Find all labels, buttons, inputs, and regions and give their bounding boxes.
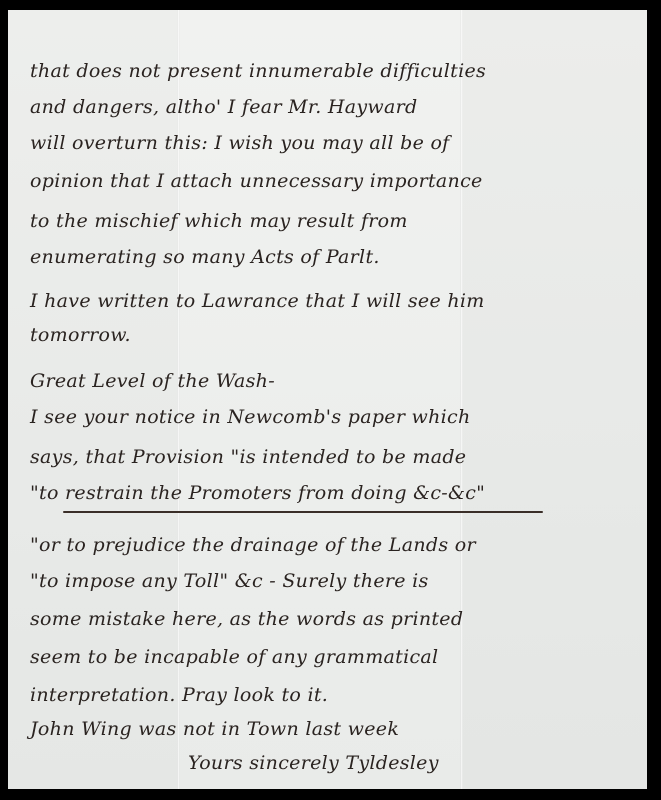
- underline-stroke: [63, 511, 543, 513]
- letter-line: "to restrain the Promoters from doing &c…: [30, 482, 635, 504]
- letter-line: "to impose any Toll" &c - Surely there i…: [30, 570, 635, 592]
- letter-line: to the mischief which may result from: [30, 210, 635, 232]
- letter-line: I see your notice in Newcomb's paper whi…: [30, 406, 635, 428]
- paper-panel-left: [8, 10, 177, 789]
- letter-line: opinion that I attach unnecessary import…: [30, 170, 635, 192]
- letter-line: John Wing was not in Town last week: [30, 718, 635, 740]
- fold-line: [177, 10, 180, 789]
- letter-line: tomorrow.: [30, 324, 635, 346]
- letter-line: I have written to Lawrance that I will s…: [30, 290, 635, 312]
- letter-line: will overturn this: I wish you may all b…: [30, 132, 635, 154]
- letter-line: interpretation. Pray look to it.: [30, 684, 635, 706]
- letter-line: that does not present innumerable diffic…: [30, 60, 635, 82]
- letter-line: "or to prejudice the drainage of the Lan…: [30, 534, 635, 556]
- letter-line: and dangers, altho' I fear Mr. Hayward: [30, 96, 635, 118]
- letter-line: some mistake here, as the words as print…: [30, 608, 635, 630]
- letter-line: seem to be incapable of any grammatical: [30, 646, 635, 668]
- letter-signature: Yours sincerely Tyldesley: [188, 752, 635, 774]
- letter-line: says, that Provision "is intended to be …: [30, 446, 635, 468]
- paper-panel-right: [463, 10, 647, 789]
- letter-line: enumerating so many Acts of Parlt.: [30, 246, 635, 268]
- fold-line: [460, 10, 463, 789]
- letter-page: that does not present innumerable diffic…: [8, 10, 647, 789]
- letter-line: Great Level of the Wash-: [30, 370, 635, 392]
